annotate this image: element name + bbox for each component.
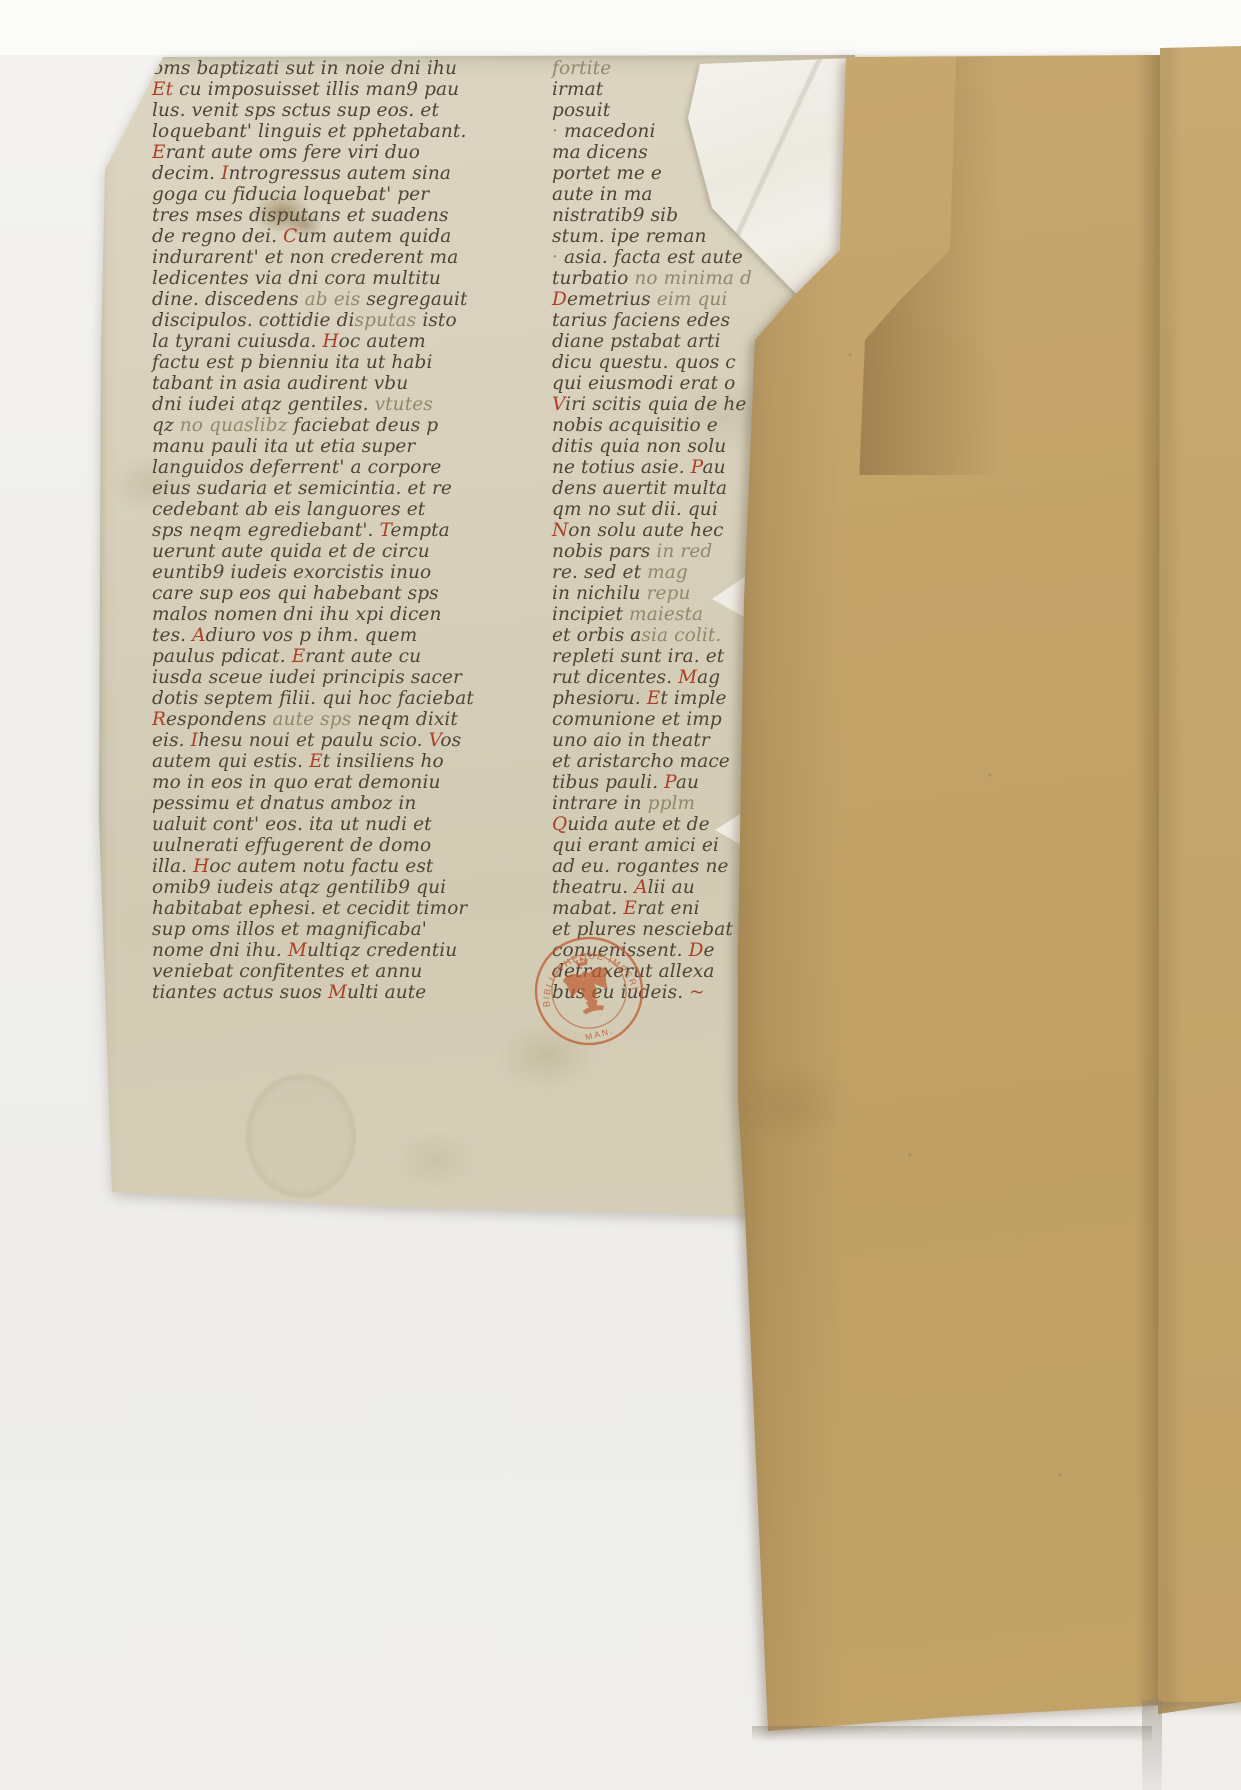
manuscript-line: eis. Ihesu noui et paulu scio. Vos [152, 730, 517, 751]
manuscript-line: uulnerati effugerent de domo [152, 835, 517, 856]
manuscript-line: Et cu imposuisset illis man9 pau [152, 79, 517, 100]
kraft-folder-flap-surface [730, 55, 1162, 1739]
manuscript-line: uerunt aute quida et de circu [152, 541, 517, 562]
folder-fold-shadow [840, 55, 1040, 475]
manuscript-line: goga cu fiducia loquebat' per [152, 184, 517, 205]
manuscript-line: care sup eos qui habebant sps [152, 583, 517, 604]
stamp-arc-text: BIBLIOTHEQUE IMPERIALE [521, 923, 640, 1016]
crease-shadow [1142, 1700, 1162, 1790]
manuscript-line: nome dni ihu. Multiqz credentiu [152, 940, 517, 961]
manuscript-line: Respondens aute sps neqm dixit [152, 709, 517, 730]
manuscript-line: decim. Introgressus autem sina [152, 163, 517, 184]
manuscript-line: sps neqm egrediebant'. Tempta [152, 520, 517, 541]
manuscript-line: ledicentes via dni cora multitu [152, 268, 517, 289]
panel-bottom-shadow [1158, 1702, 1241, 1716]
manuscript-line: sup oms illos et magnificaba' [152, 919, 517, 940]
manuscript-line: manu pauli ita ut etia super [152, 436, 517, 457]
manuscript-line: oms baptizati sut in noie dni ihu [152, 58, 517, 79]
manuscript-line: omib9 iudeis atqz gentilib9 qui [152, 877, 517, 898]
manuscript-line: tiantes actus suos Multi aute [152, 982, 517, 1003]
manuscript-line: habitabat ephesi. et cecidit timor [152, 898, 517, 919]
manuscript-line: tres mses disputans et suadens [152, 205, 517, 226]
manuscript-line: de regno dei. Cum autem quida [152, 226, 517, 247]
kraft-folder-flap [730, 55, 1162, 1739]
manuscript-line: Erant aute oms fere viri duo [152, 142, 517, 163]
manuscript-line: lus. venit sps sctus sup eos. et [152, 100, 517, 121]
manuscript-line: malos nomen dni ihu xpi dicen [152, 604, 517, 625]
manuscript-line: autem qui estis. Et insiliens ho [152, 751, 517, 772]
manuscript-line: dni iudei atqz gentiles. vtutes [152, 394, 517, 415]
flap-bottom-shadow [752, 1726, 1152, 1742]
text-column-left: oms baptizati sut in noie dni ihuEt cu i… [152, 58, 517, 1003]
manuscript-line: paulus pdicat. Erant aute cu [152, 646, 517, 667]
manuscript-line: iusda sceue iudei principis sacer [152, 667, 517, 688]
manuscript-line: dine. discedens ab eis segregauit [152, 289, 517, 310]
digitized-manuscript-photo: { "page": { "kind": "photograph of a med… [0, 0, 1241, 1790]
manuscript-line: mo in eos in quo erat demoniu [152, 772, 517, 793]
manuscript-line: pessimu et dnatus amboz in [152, 793, 517, 814]
manuscript-line: ualuit cont' eos. ita ut nudi et [152, 814, 517, 835]
manuscript-line: loquebant' linguis et pphetabant. [152, 121, 517, 142]
manuscript-line: qz no quaslibz faciebat deus p [152, 415, 517, 436]
manuscript-line: cedebant ab eis languores et [152, 499, 517, 520]
manuscript-line: indurarent' et non crederent ma [152, 247, 517, 268]
manuscript-line: factu est p bienniu ita ut habi [152, 352, 517, 373]
manuscript-line: languidos deferrent' a corpore [152, 457, 517, 478]
verso-stamp-ghost [245, 1073, 357, 1199]
manuscript-line: tes. Adiuro vos p ihm. quem [152, 625, 517, 646]
manuscript-line: dotis septem filii. qui hoc faciebat [152, 688, 517, 709]
manuscript-line: veniebat confitentes et annu [152, 961, 517, 982]
manuscript-line: eius sudaria et semicintia. et re [152, 478, 517, 499]
manuscript-line: tabant in asia audirent vbu [152, 373, 517, 394]
manuscript-line: discipulos. cottidie disputas isto [152, 310, 517, 331]
manuscript-line: illa. Hoc autem notu factu est [152, 856, 517, 877]
manuscript-line: euntib9 iudeis exorcistis inuo [152, 562, 517, 583]
manuscript-line: la tyrani cuiusda. Hoc autem [152, 331, 517, 352]
backdrop-top-band [0, 0, 1241, 55]
kraft-folder-right-panel [1153, 46, 1241, 1718]
